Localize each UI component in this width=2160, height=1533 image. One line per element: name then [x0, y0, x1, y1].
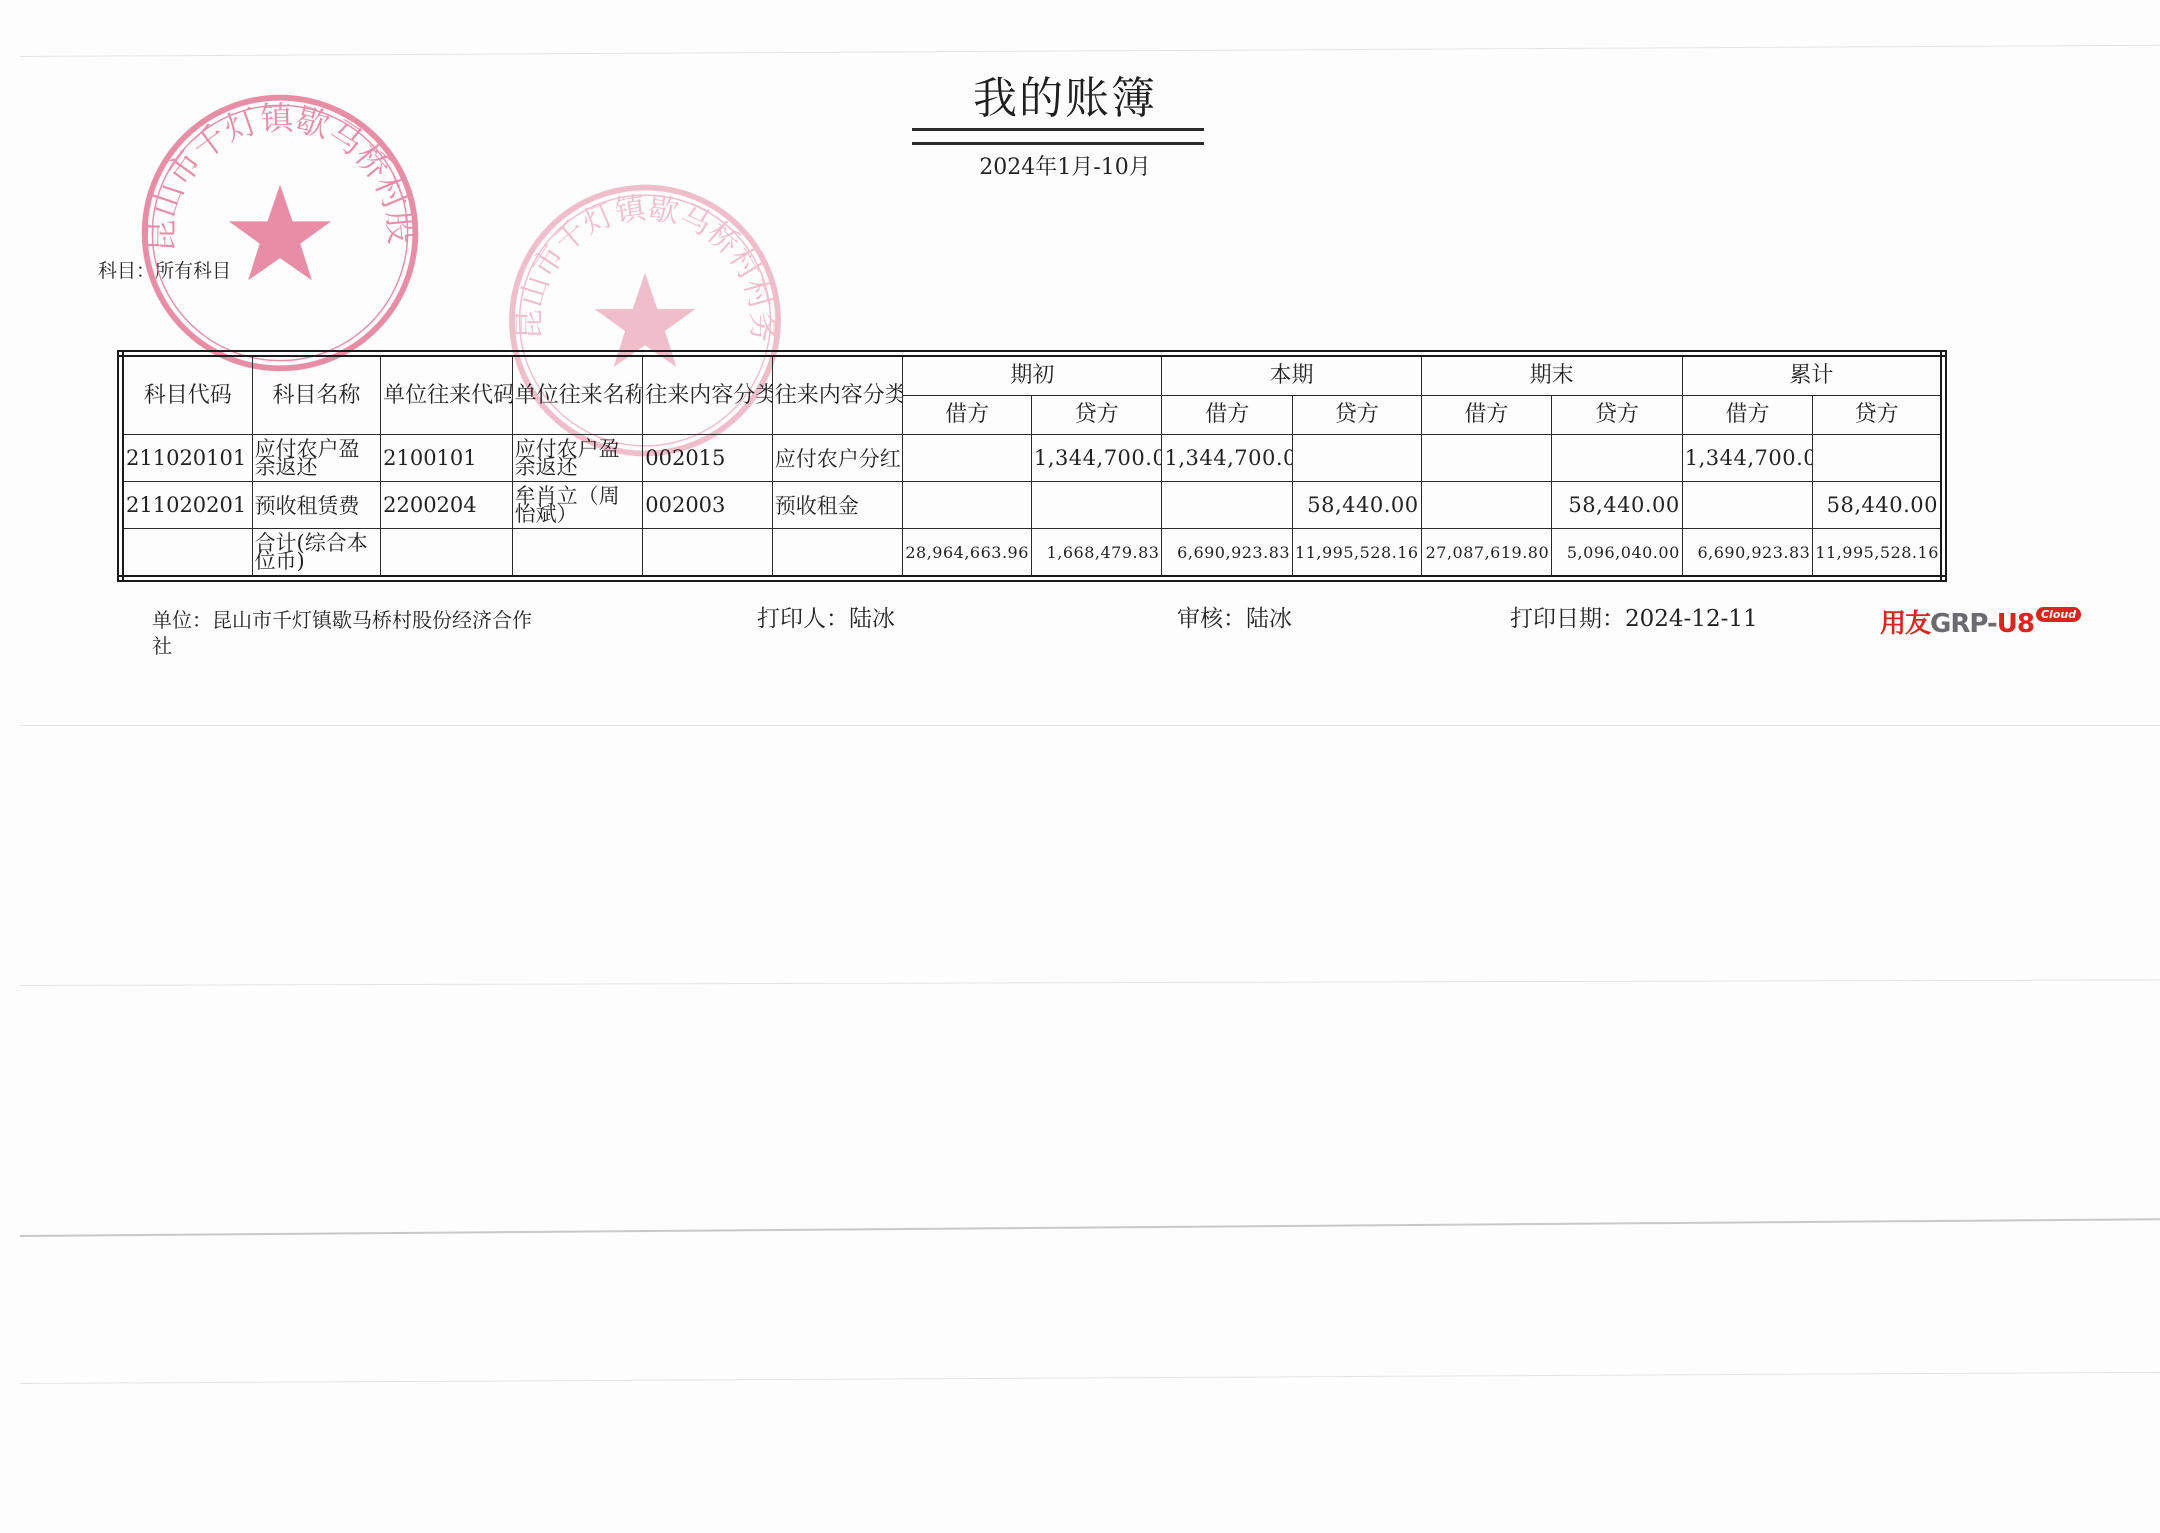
unit-code: 2200204: [381, 482, 513, 529]
content-name: 应付农户分红: [772, 435, 903, 482]
account-code: 211020101: [121, 435, 253, 482]
empty-cell: [643, 529, 773, 579]
col-current-debit: 借方: [1162, 396, 1293, 435]
col-closing-debit: 借方: [1421, 396, 1552, 435]
footer-reviewer: 审核：陆冰: [1177, 606, 1292, 632]
report-period: 2024年1月-10月: [900, 150, 1230, 181]
table-total-row: 合计(综合本位币) 28,964,663.96 1,668,479.83 6,6…: [121, 529, 1944, 579]
logo-version: U8: [1997, 609, 2034, 639]
logo-product: GRP-: [1930, 609, 1997, 639]
total-cumulative-debit: 6,690,923.83: [1682, 529, 1813, 579]
scan-line: [20, 45, 2160, 57]
total-current-credit: 11,995,528.16: [1293, 529, 1422, 579]
closing-debit: [1421, 482, 1552, 529]
ledger-table: 科目代码 科目名称 单位往来代码 单位往来名称 往来内容分类代码 往来内容分类名…: [117, 350, 1947, 582]
content-code: 002015: [643, 435, 773, 482]
total-closing-debit: 27,087,619.80: [1421, 529, 1552, 579]
col-account-name: 科目名称: [252, 354, 381, 435]
opening-debit: [903, 482, 1032, 529]
content-code: 002003: [643, 482, 773, 529]
unit-name: 应付农户盈余返还: [512, 435, 643, 482]
total-opening-credit: 1,668,479.83: [1031, 529, 1162, 579]
unit-code: 2100101: [381, 435, 513, 482]
page-title: 我的账簿: [900, 62, 1230, 126]
closing-credit: 58,440.00: [1552, 482, 1683, 529]
table-row: 211020201 预收租赁费 2200204 牟肖立（周怡斌） 002003 …: [121, 482, 1944, 529]
total-cumulative-credit: 11,995,528.16: [1813, 529, 1944, 579]
opening-debit: [903, 435, 1032, 482]
opening-credit: 1,344,700.00: [1031, 435, 1162, 482]
closing-debit: [1421, 435, 1552, 482]
current-debit: 1,344,700.00: [1162, 435, 1293, 482]
col-content-code: 往来内容分类代码: [643, 354, 773, 435]
official-seal-cooperative: 昆山市千灯镇歇马桥村股份经济合作社: [132, 88, 428, 378]
footer-print-date: 打印日期：2024-12-11: [1510, 606, 1758, 632]
account-name: 应付农户盈余返还: [252, 435, 381, 482]
empty-cell: [121, 529, 253, 579]
empty-cell: [512, 529, 643, 579]
cumulative-debit: 1,344,700.00: [1682, 435, 1813, 482]
scan-line: [20, 979, 2160, 986]
col-opening-debit: 借方: [903, 396, 1032, 435]
empty-cell: [381, 529, 513, 579]
col-content-name: 往来内容分类名称: [772, 354, 903, 435]
total-label: 合计(综合本位币): [252, 529, 381, 579]
yonyou-grp-u8-logo: 用友GRP-U8Cloud: [1880, 603, 2081, 640]
logo-brand: 用友: [1880, 609, 1930, 639]
col-cumulative-debit: 借方: [1682, 396, 1813, 435]
empty-cell: [772, 529, 903, 579]
col-group-cumulative: 累计: [1682, 354, 1943, 396]
current-credit: 58,440.00: [1293, 482, 1422, 529]
table-header-row: 科目代码 科目名称 单位往来代码 单位往来名称 往来内容分类代码 往来内容分类名…: [121, 354, 1944, 396]
closing-credit: [1552, 435, 1683, 482]
table-row: 211020101 应付农户盈余返还 2100101 应付农户盈余返还 0020…: [121, 435, 1944, 482]
title-underline: [912, 142, 1204, 145]
cloud-icon: Cloud: [2036, 607, 2081, 622]
unit-name: 牟肖立（周怡斌）: [512, 482, 643, 529]
col-closing-credit: 贷方: [1552, 396, 1683, 435]
cumulative-credit: 58,440.00: [1813, 482, 1944, 529]
total-closing-credit: 5,096,040.00: [1552, 529, 1683, 579]
seal-icon: 昆山市千灯镇歇马桥村股份经济合作社: [132, 88, 428, 378]
col-cumulative-credit: 贷方: [1813, 396, 1944, 435]
footer-unit: 单位：昆山市千灯镇歇马桥村股份经济合作社: [152, 607, 532, 659]
current-credit: [1293, 435, 1422, 482]
scan-line: [20, 1372, 2160, 1384]
total-opening-debit: 28,964,663.96: [903, 529, 1032, 579]
col-group-closing: 期末: [1421, 354, 1682, 396]
col-current-credit: 贷方: [1293, 396, 1422, 435]
account-name: 预收租赁费: [252, 482, 381, 529]
opening-credit: [1031, 482, 1162, 529]
total-current-debit: 6,690,923.83: [1162, 529, 1293, 579]
cumulative-debit: [1682, 482, 1813, 529]
col-unit-code: 单位往来代码: [381, 354, 513, 435]
title-underline: [912, 128, 1204, 131]
col-unit-name: 单位往来名称: [512, 354, 643, 435]
footer-printer: 打印人：陆冰: [757, 606, 895, 632]
cumulative-credit: [1813, 435, 1944, 482]
account-code: 211020201: [121, 482, 253, 529]
scan-line: [20, 725, 2160, 726]
col-account-code: 科目代码: [121, 354, 253, 435]
content-name: 预收租金: [772, 482, 903, 529]
col-opening-credit: 贷方: [1031, 396, 1162, 435]
scan-line: [20, 1218, 2160, 1237]
col-group-current: 本期: [1162, 354, 1421, 396]
current-debit: [1162, 482, 1293, 529]
col-group-opening: 期初: [903, 354, 1162, 396]
